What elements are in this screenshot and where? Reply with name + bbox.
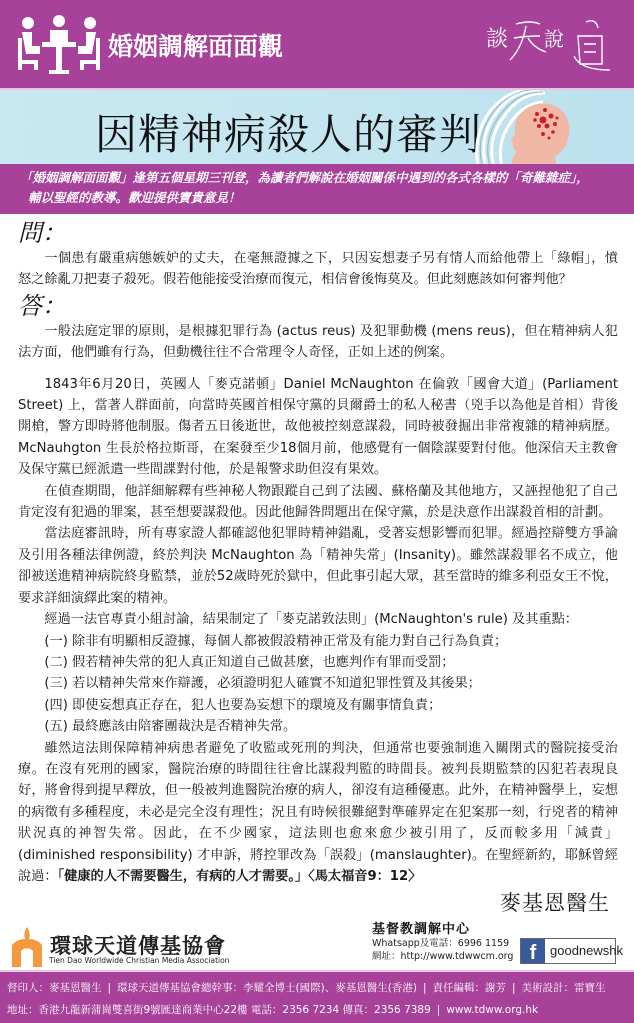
question-label: 問：: [18, 218, 618, 248]
answer-paragraph: 當法庭審訊時，所有專家證人都確認他犯罪時精神錯亂，受著妄想影響而犯罪。經過控辯雙…: [18, 523, 618, 609]
column-intro: 「婚姻調解面面觀」逢第五個星期三刊登，為讀者們解說在婚姻關係中遇到的各式各樣的「…: [0, 164, 634, 214]
title-banner: 因精神病殺人的審判: [0, 88, 634, 164]
footer-bar: 督印人：麥基恩醫生|環球天道傳基協會總幹事：李耀全博士(國際)、麥基恩醫生(香港…: [0, 970, 634, 1023]
sponsor-area: 環球天道傳基協會 Tien Dao Worldwide Christian Me…: [0, 915, 634, 970]
bible-quote: 「健康的人不需要醫生，有病的人才需要。」〈馬太福音9：12〉: [58, 869, 422, 884]
facebook-link[interactable]: f goodnewshk: [520, 938, 616, 964]
phone: 電話：2356 7234: [251, 1004, 339, 1016]
article-body: 問： 一個患有嚴重病態嫉妒的丈夫，在毫無證據之下，只因妄想妻子另有情人而給他帶上…: [18, 218, 618, 915]
tiendao-flame-logo-icon: [10, 927, 44, 967]
rule-item: (一) 除非有明顯相反證據，每個人都被假設精神正常及有能力對自己行為負責；: [18, 631, 618, 652]
header-bar: 婚姻調解面面觀 談 說: [0, 0, 634, 88]
rule-item: (四) 即使妄想真正存在，犯人也要為妄想下的環境及有關事情負責；: [18, 695, 618, 716]
general-secretary: 環球天道傳基協會總幹事：李耀全博士(國際)、麥基恩醫生(香港): [117, 982, 417, 994]
website-link[interactable]: www.tdww.org.hk: [446, 1004, 538, 1016]
answer-paragraph: 在偵查期間，他詳細解釋有些神秘人物跟蹤自己到了法國、蘇格蘭及其他地方，又誣捏他犯…: [18, 481, 618, 524]
contact-line: 地址：香港九龍新蒲崗雙喜街9號匯達商業中心22樓 電話：2356 7234 傳真…: [7, 999, 634, 1021]
center-name: 基督教調解中心: [372, 918, 513, 937]
question-text: 一個患有嚴重病態嫉妒的丈夫，在毫無證據之下，只因妄想妻子另有情人而給他帶上「綠帽…: [18, 248, 618, 291]
center-phone: Whatsapp及電話：6996 1159: [372, 937, 513, 950]
facebook-handle: goodnewshk: [550, 943, 623, 958]
rule-item: (三) 若以精神失常來作辯護，必須證明犯人確實不知道犯罪性質及其後果；: [18, 673, 618, 694]
center-website-link[interactable]: 網址：http://www.tdwwcm.org: [372, 950, 513, 963]
fax: 傳真：2356 7389: [343, 1004, 431, 1016]
credits-line: 督印人：麥基恩醫生|環球天道傳基協會總幹事：李耀全博士(國際)、麥基恩醫生(香港…: [7, 977, 634, 999]
art-designer: 美術設計：雷寶生: [522, 982, 606, 994]
publisher: 督印人：麥基恩醫生: [7, 982, 102, 994]
svg-text:談: 談: [486, 27, 508, 52]
answer-paragraph: 經過一法官專責小組討論，結果制定了「麥克諾敦法則」(McNaughton's r…: [18, 609, 618, 630]
mediation-center-info: 基督教調解中心 Whatsapp及電話：6996 1159 網址：http://…: [372, 918, 513, 963]
column-title: 婚姻調解面面觀: [108, 27, 283, 63]
tan-tin-suet-dou-logo: 談 說: [486, 16, 616, 78]
editor: 責任編輯：謝芳: [432, 982, 506, 994]
answer-paragraph: 一般法庭定罪的原則，是根據犯罪行為 (actus reus) 及犯罪動機 (me…: [18, 321, 618, 364]
article-title: 因精神病殺人的審判: [95, 102, 482, 162]
answer-paragraph: 1843年6月20日，英國人「麥克諾頓」Daniel McNaughton 在倫…: [18, 374, 618, 481]
svg-text:說: 說: [544, 27, 564, 51]
answer-label: 答：: [18, 291, 618, 321]
facebook-icon: f: [521, 939, 545, 963]
closing-text: 雖然這法則保障精神病患者避免了收監或死刑的判決，但通常也要強制進入關閉式的醫院接…: [18, 741, 618, 884]
address: 地址：香港九龍新蒲崗雙喜街9號匯達商業中心22樓: [7, 1004, 248, 1016]
closing-paragraph: 雖然這法則保障精神病患者避免了收監或死刑的判決，但通常也要強制進入關閉式的醫院接…: [18, 738, 618, 888]
intro-line-2: 輔以聖經的教導。歡迎提供寶貴意見！: [20, 188, 634, 208]
org-name-en: Tien Dao Worldwide Christian Media Assoc…: [49, 956, 229, 965]
author-signature: 麥基恩醫生: [18, 893, 618, 914]
intro-line-1: 「婚姻調解面面觀」逢第五個星期三刊登，為讀者們解說在婚姻關係中遇到的各式各樣的「…: [20, 168, 634, 188]
meeting-table-icon: [16, 14, 102, 78]
head-profile-illustration: [465, 90, 595, 164]
rule-item: (五) 最終應該由陪審團裁決是否精神失常。: [18, 716, 618, 737]
rule-item: (二) 假若精神失常的犯人真正知道自己做甚麼，也應判作有罪而受罰；: [18, 652, 618, 673]
